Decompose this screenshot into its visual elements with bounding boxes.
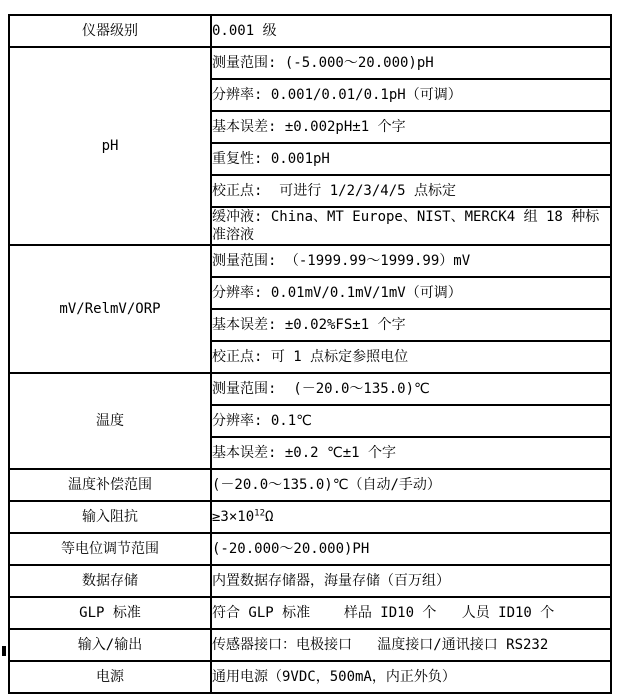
table-row: GLP 标准 符合 GLP 标准 样品 ID10 个 人员 ID10 个 (9, 597, 611, 629)
label-temperature: 温度 (9, 373, 211, 469)
label-input-impedance: 输入阻抗 (9, 501, 211, 533)
value-temp-measure-range: 测量范围: (－20.0～135.0)℃ (211, 373, 611, 405)
value-glp-standard: 符合 GLP 标准 样品 ID10 个 人员 ID10 个 (211, 597, 611, 629)
value-input-output: 传感器接口：电极接口 温度接口/通讯接口 RS232 (211, 629, 611, 661)
value-ph-repeatability: 重复性: 0.001pH (211, 143, 611, 175)
table-row: pH 测量范围: (-5.000～20.000)pH (9, 47, 611, 79)
impedance-exponent: 12 (254, 508, 265, 518)
value-data-storage: 内置数据存储器，海量存储（百万组） (211, 565, 611, 597)
value-mv-basic-error: 基本误差: ±0.02%FS±1 个字 (211, 309, 611, 341)
label-instrument-grade: 仪器级别 (9, 15, 211, 47)
table-row: 输入/输出 传感器接口：电极接口 温度接口/通讯接口 RS232 (9, 629, 611, 661)
label-ph: pH (9, 47, 211, 245)
table-row: 仪器级别 0.001 级 (9, 15, 611, 47)
label-glp-standard: GLP 标准 (9, 597, 211, 629)
table-row: 温度 测量范围: (－20.0～135.0)℃ (9, 373, 611, 405)
label-power-supply: 电源 (9, 661, 211, 693)
value-ph-measure-range: 测量范围: (-5.000～20.000)pH (211, 47, 611, 79)
label-input-output: 输入/输出 (9, 629, 211, 661)
value-temp-compensation-range: (－20.0～135.0)℃（自动/手动） (211, 469, 611, 501)
value-ph-basic-error: 基本误差: ±0.002pH±1 个字 (211, 111, 611, 143)
value-input-impedance: ≥3×1012Ω (211, 501, 611, 533)
label-mv-relmv-orp: mV/RelmV/ORP (9, 245, 211, 373)
label-isopotential-adjust-range: 等电位调节范围 (9, 533, 211, 565)
value-power-supply: 通用电源（9VDC，500mA，内正外负） (211, 661, 611, 693)
table-row: 输入阻抗 ≥3×1012Ω (9, 501, 611, 533)
value-temp-basic-error: 基本误差: ±0.2 ℃±1 个字 (211, 437, 611, 469)
value-mv-measure-range: 测量范围: （-1999.99～1999.99）mV (211, 245, 611, 277)
value-ph-resolution: 分辨率: 0.001/0.01/0.1pH（可调） (211, 79, 611, 111)
value-isopotential-adjust-range: (-20.000～20.000)PH (211, 533, 611, 565)
spec-table: 仪器级别 0.001 级 pH 测量范围: (-5.000～20.000)pH … (8, 14, 612, 694)
table-row: 电源 通用电源（9VDC，500mA，内正外负） (9, 661, 611, 693)
table-row: 等电位调节范围 (-20.000～20.000)PH (9, 533, 611, 565)
impedance-base: ≥3×10 (212, 509, 254, 525)
table-row: 温度补偿范围 (－20.0～135.0)℃（自动/手动） (9, 469, 611, 501)
impedance-unit: Ω (265, 509, 273, 525)
value-mv-resolution: 分辨率: 0.01mV/0.1mV/1mV（可调） (211, 277, 611, 309)
label-data-storage: 数据存储 (9, 565, 211, 597)
value-temp-resolution: 分辨率: 0.1℃ (211, 405, 611, 437)
page: 仪器级别 0.001 级 pH 测量范围: (-5.000～20.000)pH … (0, 0, 624, 658)
value-ph-buffer-solutions: 缓冲液: China、MT Europe、NIST、MERCK4 组 18 种标… (211, 207, 611, 245)
label-temp-compensation-range: 温度补偿范围 (9, 469, 211, 501)
value-ph-calibration-points: 校正点: 可进行 1/2/3/4/5 点标定 (211, 175, 611, 207)
table-row: 数据存储 内置数据存储器，海量存储（百万组） (9, 565, 611, 597)
value-mv-calibration-point: 校正点: 可 1 点标定参照电位 (211, 341, 611, 373)
table-row: mV/RelmV/ORP 测量范围: （-1999.99～1999.99）mV (9, 245, 611, 277)
cursor-artifact (2, 646, 6, 656)
value-instrument-grade: 0.001 级 (211, 15, 611, 47)
